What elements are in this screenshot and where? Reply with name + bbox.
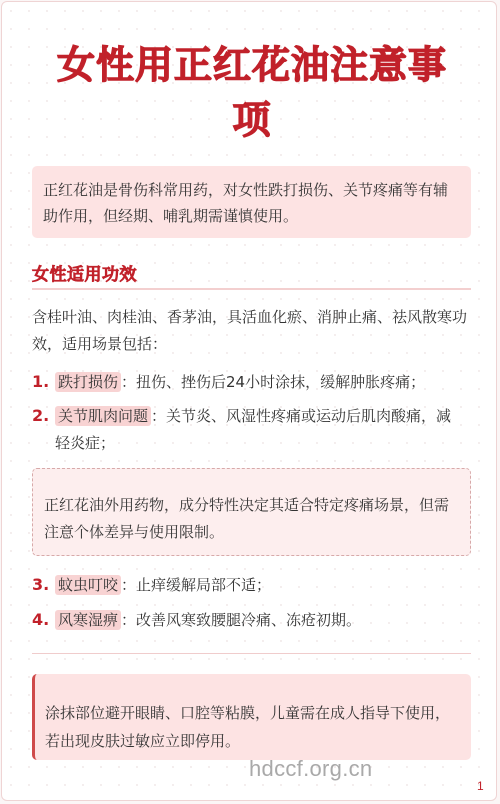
list-tag: 蚊虫叮咬 (55, 575, 121, 595)
note-box: 正红花油外用药物，成分特性决定其适合特定疼痛场景，但需注意个体差异与使用限制。 (32, 468, 471, 556)
warning-text: 涂抹部位避开眼睛、口腔等粘膜，儿童需在成人指导下使用，若出现皮肤过敏应立即停用。 (45, 704, 450, 750)
list-item: 3.蚊虫叮咬：止痒缓解局部不适； (32, 571, 472, 599)
warning-box: 涂抹部位避开眼睛、口腔等粘膜，儿童需在成人指导下使用，若出现皮肤过敏应立即停用。 (32, 674, 471, 760)
note-text: 正红花油外用药物，成分特性决定其适合特定疼痛场景，但需注意个体差异与使用限制。 (44, 496, 449, 541)
list-text: ：改善风寒致腰腿冷痛、冻疮初期。 (121, 611, 361, 629)
list-number: 2. (32, 402, 55, 429)
list-number: 4. (32, 606, 55, 633)
list-item: 4.风寒湿痹：改善风寒致腰腿冷痛、冻疮初期。 (32, 606, 472, 634)
intro-text: 正红花油是骨伤科常用药，对女性跌打损伤、关节疼痛等有辅助作用，但经期、哺乳期需谨… (43, 181, 448, 225)
page-title: 女性用正红花油注意事 项 (22, 38, 482, 148)
section-divider (32, 288, 471, 290)
page-title-line-2: 项 (22, 93, 482, 148)
page-number: 1 (477, 779, 484, 793)
list-number: 3. (32, 571, 55, 598)
watermark: hdccf.org.cn (249, 756, 372, 782)
section-paragraph: 含桂叶油、肉桂油、香茅油，具活血化瘀、消肿止痛、祛风散寒功效，适用场景包括： (32, 304, 472, 358)
list-item: 1.跌打损伤：扭伤、挫伤后24小时涂抹，缓解肿胀疼痛； (32, 368, 472, 396)
list-text: ：扭伤、挫伤后24小时涂抹，缓解肿胀疼痛； (121, 373, 425, 391)
list-number: 1. (32, 368, 55, 395)
list-tag: 风寒湿痹 (55, 610, 121, 630)
list-tag: 跌打损伤 (55, 372, 121, 392)
list-tag: 关节肌肉问题 (55, 406, 151, 426)
page-title-line-1: 女性用正红花油注意事 (22, 38, 482, 93)
section-divider-bottom (32, 653, 471, 654)
list-text: ：止痒缓解局部不适； (121, 576, 271, 594)
intro-box: 正红花油是骨伤科常用药，对女性跌打损伤、关节疼痛等有辅助作用，但经期、哺乳期需谨… (32, 166, 471, 238)
list-text-continued: 轻炎症； (32, 430, 472, 457)
section-heading: 女性适用功效 (32, 260, 137, 285)
list-text: ：关节炎、风湿性疼痛或运动后肌肉酸痛，减 (151, 407, 451, 425)
list-item: 2.关节肌肉问题：关节炎、风湿性疼痛或运动后肌肉酸痛，减 轻炎症； (32, 402, 472, 457)
document-card: 女性用正红花油注意事 项 正红花油是骨伤科常用药，对女性跌打损伤、关节疼痛等有辅… (1, 1, 497, 801)
